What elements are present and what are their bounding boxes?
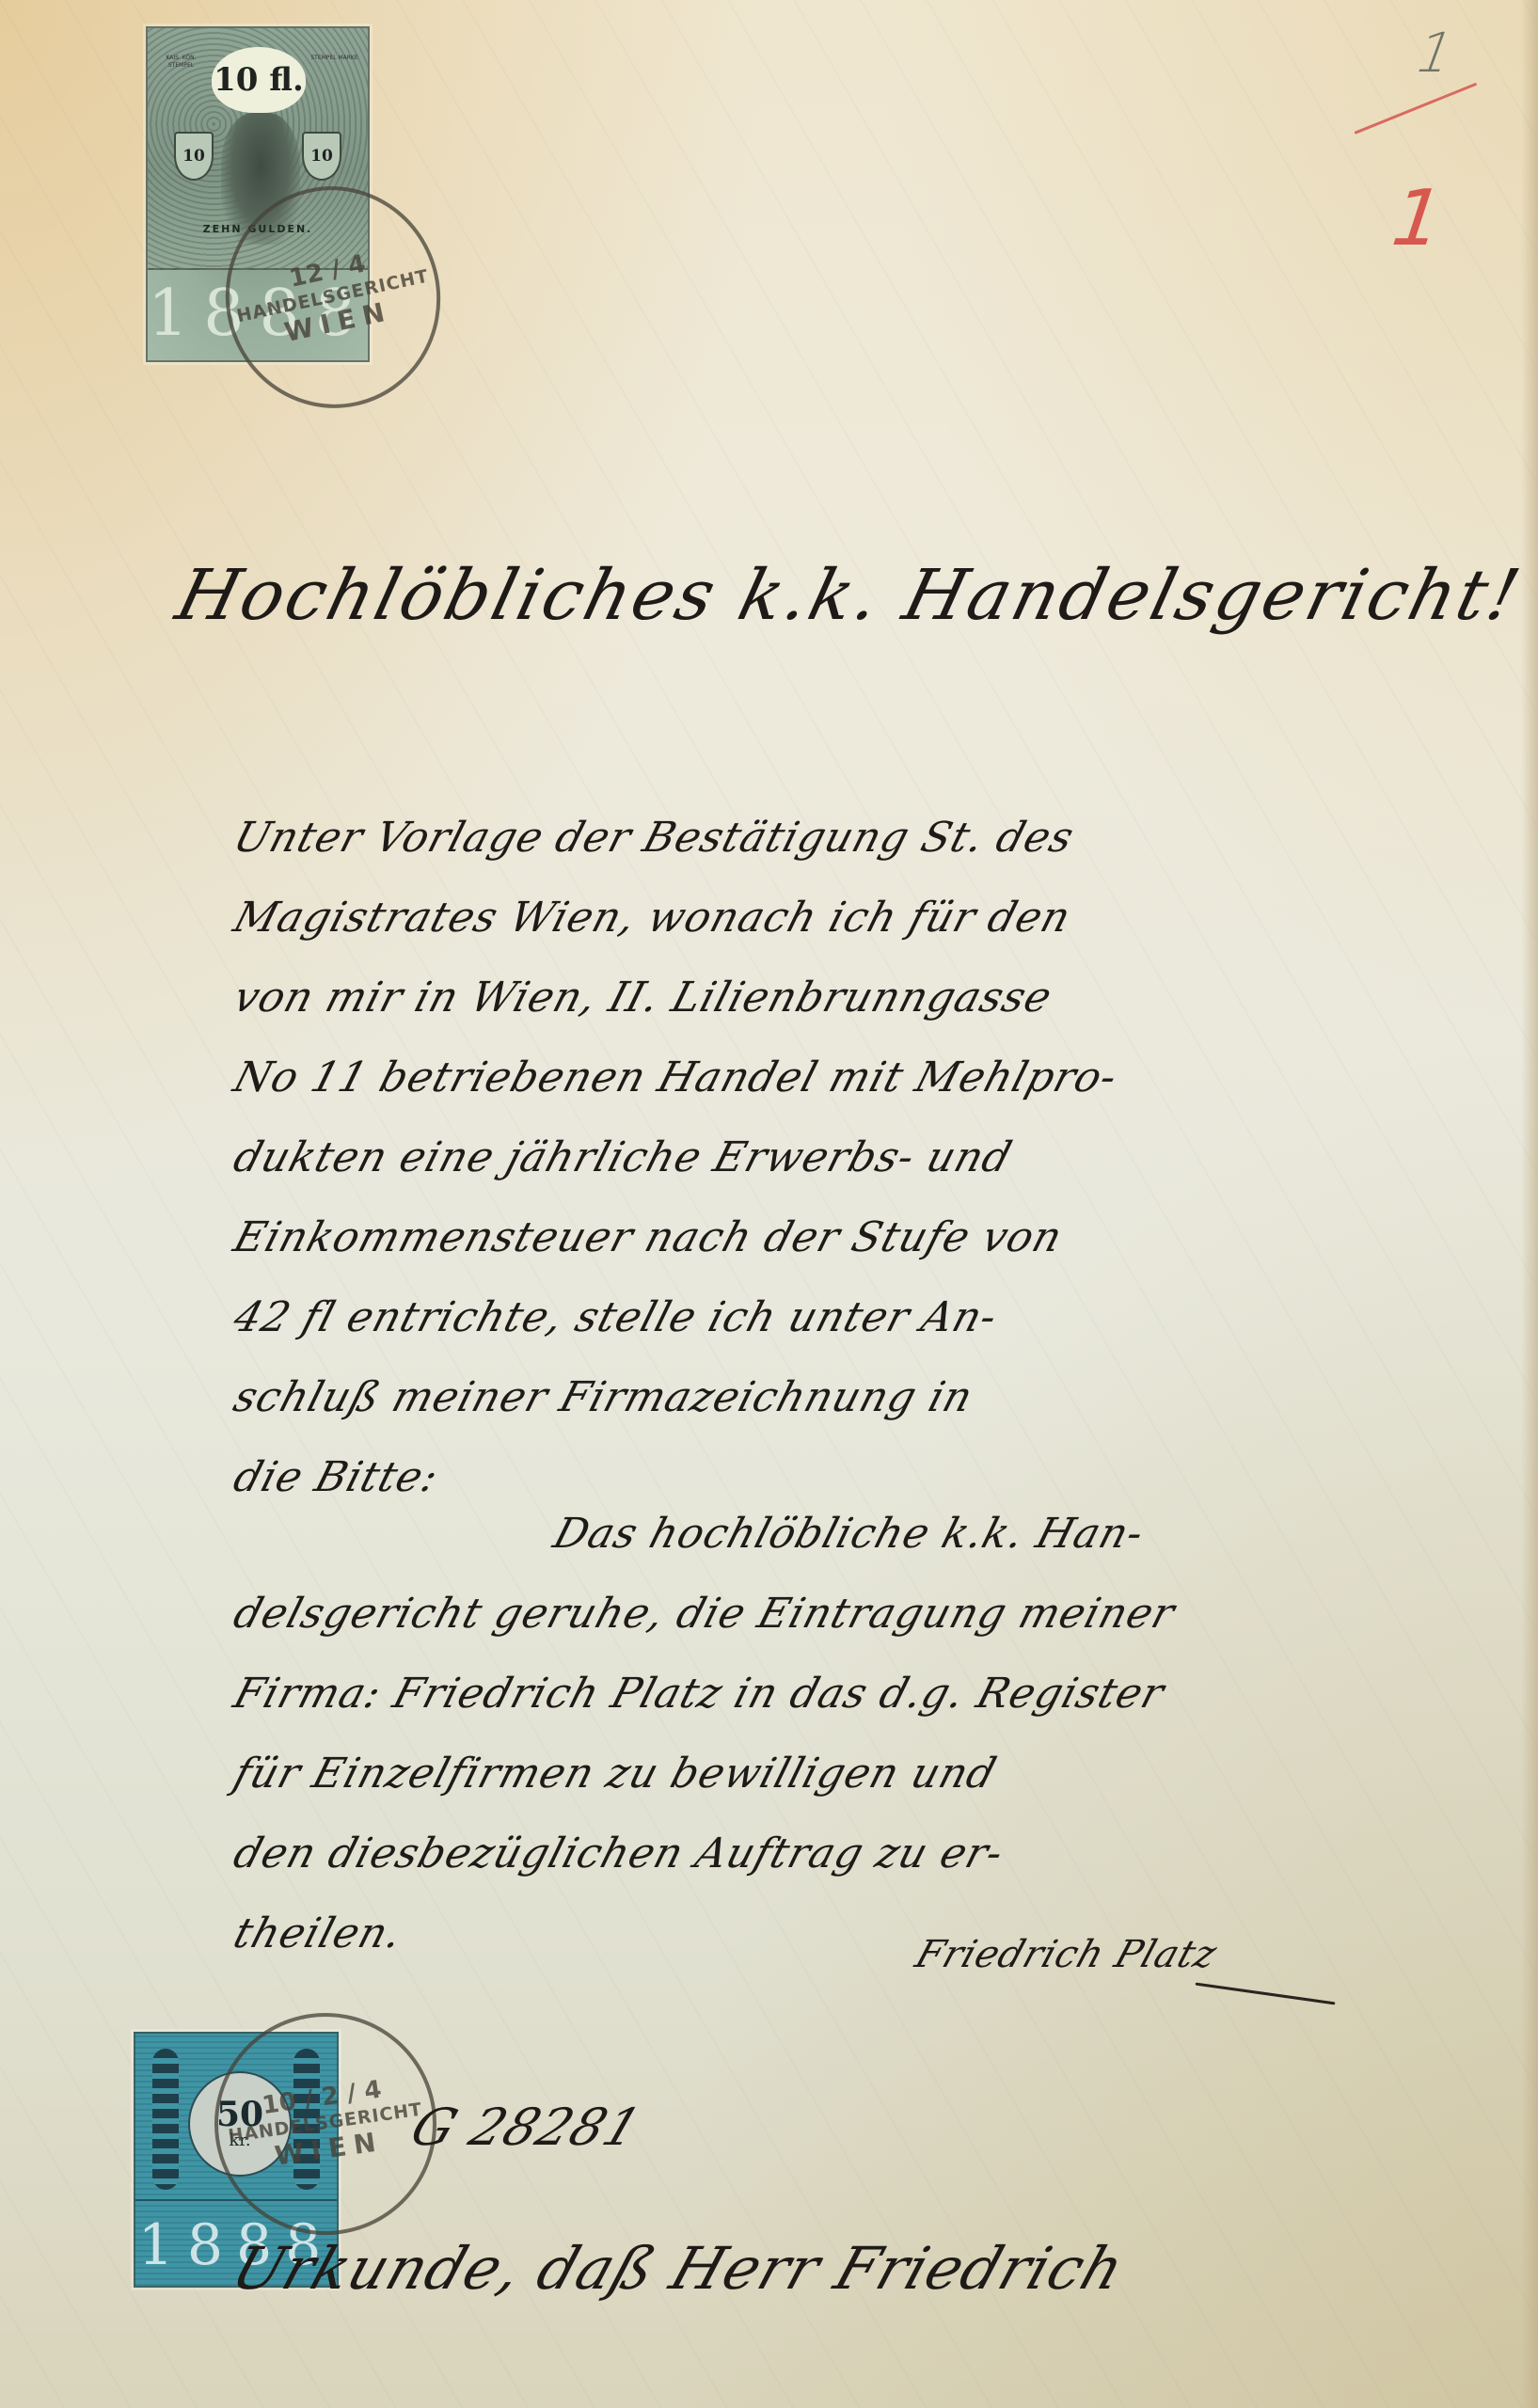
signature-flourish — [1196, 1983, 1336, 2005]
signature: Friedrich Platz — [911, 1933, 1223, 1976]
body-line: 42 fl entrichte, stelle ich unter An- — [229, 1293, 1004, 1341]
document-page: 1 1 KAIS. KÖN. STEMPEL STEMPEL MARKE 10 … — [0, 0, 1538, 2408]
body-line: die Bitte: — [229, 1453, 445, 1501]
body-line: Das hochlöbliche k.k. Han- — [548, 1510, 1150, 1558]
body-line: für Einzelfirmen zu bewilligen und — [229, 1750, 1003, 1798]
body-line: Unter Vorlage der Bestätigung St. des — [229, 814, 1080, 862]
attestation-line: Urkunde, daß Herr Friedrich — [224, 2234, 1133, 2303]
folio-number-red: 1 — [1378, 174, 1456, 263]
body-line: theilen. — [229, 1909, 408, 1957]
stamp-small-text-right: STEMPEL MARKE — [309, 55, 360, 62]
body-line: den diesbezüglichen Auftrag zu er- — [229, 1830, 1009, 1877]
folio-number-pencil: 1 — [1406, 21, 1465, 85]
body-line: Einkommensteuer nach der Stufe von — [229, 1213, 1069, 1261]
stamp-value: 10 fl. — [212, 47, 306, 113]
body-line: schluß meiner Firmazeichnung in — [229, 1373, 979, 1421]
body-line: dukten eine jährliche Erwerbs- und — [229, 1133, 1018, 1181]
red-pencil-stroke — [1354, 83, 1477, 135]
shield-icon: 10 — [174, 132, 214, 181]
body-line: von mir in Wien, II. Lilienbrunngasse — [229, 974, 1058, 1022]
body-line: delsgericht geruhe, die Eintragung meine… — [229, 1590, 1181, 1638]
ornament-icon — [152, 2049, 179, 2190]
salutation: Hochlöbliches k.k. Handelsgericht! — [168, 555, 1530, 636]
body-line: No 11 betriebenen Handel mit Mehlpro- — [229, 1053, 1123, 1101]
body-line: Firma: Friedrich Platz in das d.g. Regis… — [229, 1670, 1170, 1718]
shield-icon: 10 — [302, 132, 341, 181]
body-line: Magistrates Wien, wonach ich für den — [229, 894, 1077, 942]
docket-number: G 28281 — [404, 2098, 650, 2157]
page-edge — [1521, 0, 1538, 2408]
stamp-small-text-left: KAIS. KÖN. STEMPEL — [155, 55, 207, 70]
